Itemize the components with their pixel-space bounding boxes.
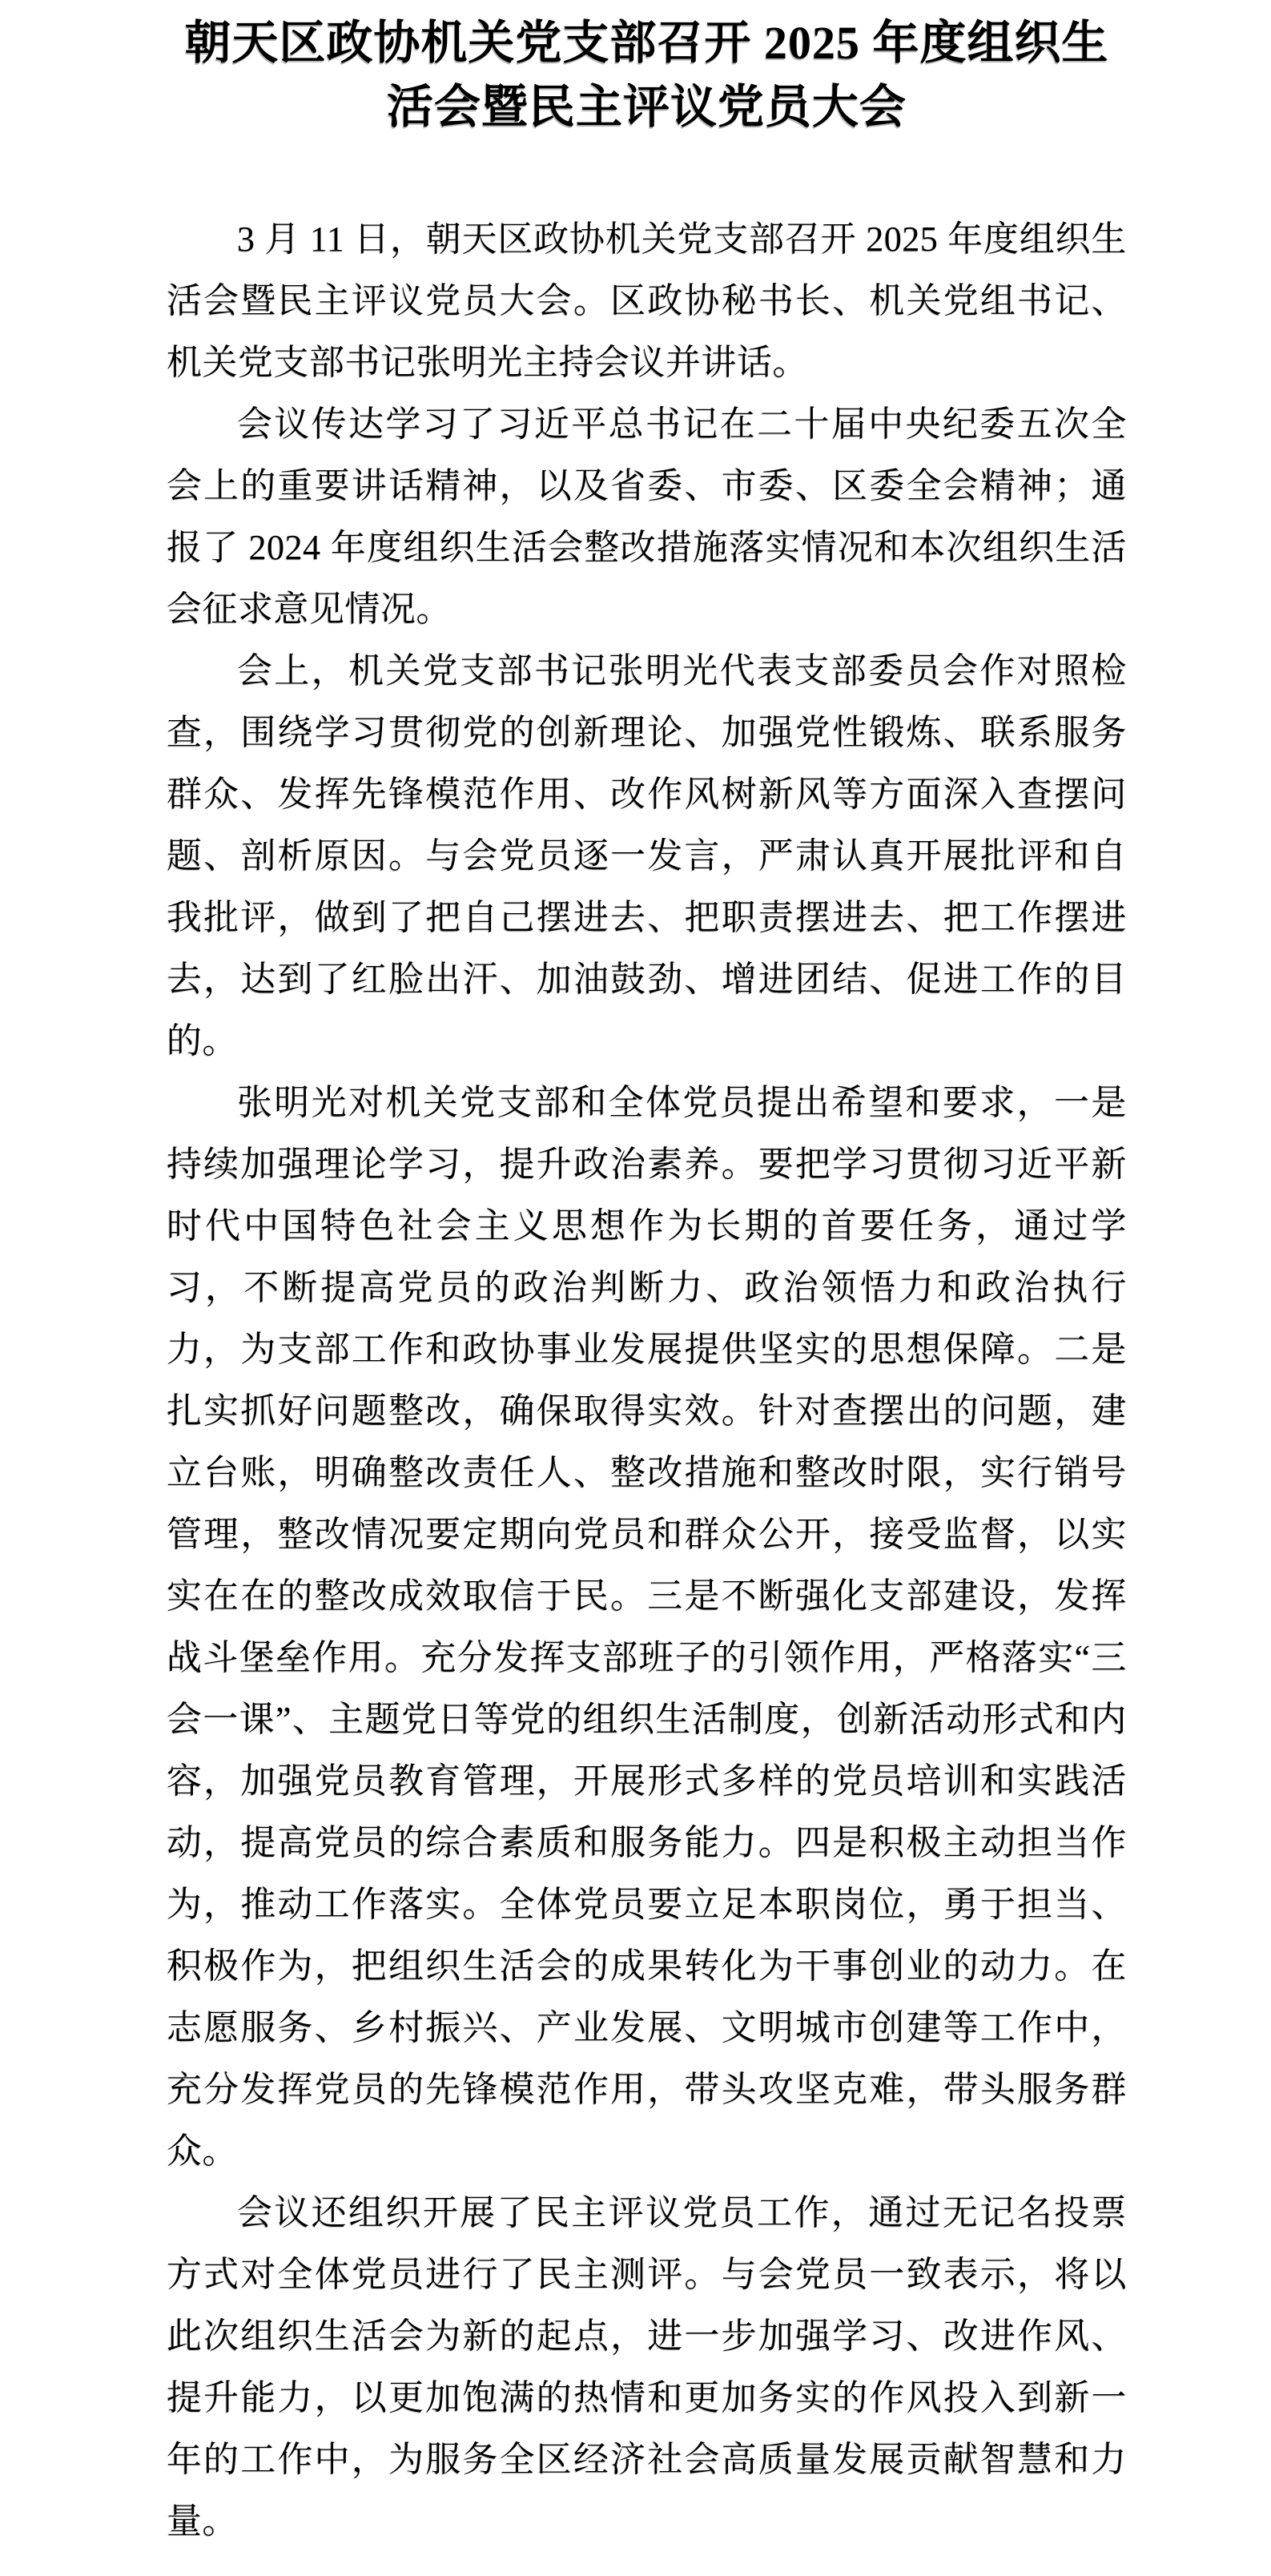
paragraph-democratic-review: 会议还组织开展了民主评议党员工作，通过无记名投票方式对全体党员进行了民主测评。与… — [167, 2182, 1127, 2552]
article-title: 朝天区政协机关党支部召开 2025 年度组织生 活会暨民主评议党员大会 — [167, 11, 1127, 139]
paragraph-spirit-transmission: 会议传达学习了习近平总书记在二十届中央纪委五次全会上的重要讲话精神，以及省委、市… — [167, 393, 1127, 640]
paragraph-requirements: 张明光对机关党支部和全体党员提出希望和要求，一是持续加强理论学习，提升政治素养。… — [167, 1072, 1127, 2182]
paragraph-meeting-intro: 3 月 11 日，朝天区政协机关党支部召开 2025 年度组织生活会暨民主评议党… — [167, 208, 1127, 393]
article-title-line-2: 活会暨民主评议党员大会 — [167, 75, 1127, 139]
article-title-line-1: 朝天区政协机关党支部召开 2025 年度组织生 — [167, 11, 1127, 75]
article-body: 3 月 11 日，朝天区政协机关党支部召开 2025 年度组织生活会暨民主评议党… — [167, 208, 1127, 2552]
paragraph-criticism-session: 会上，机关党支部书记张明光代表支部委员会作对照检查，围绕学习贯彻党的创新理论、加… — [167, 640, 1127, 1072]
document-page: 朝天区政协机关党支部召开 2025 年度组织生 活会暨民主评议党员大会 3 月 … — [0, 0, 1271, 2576]
